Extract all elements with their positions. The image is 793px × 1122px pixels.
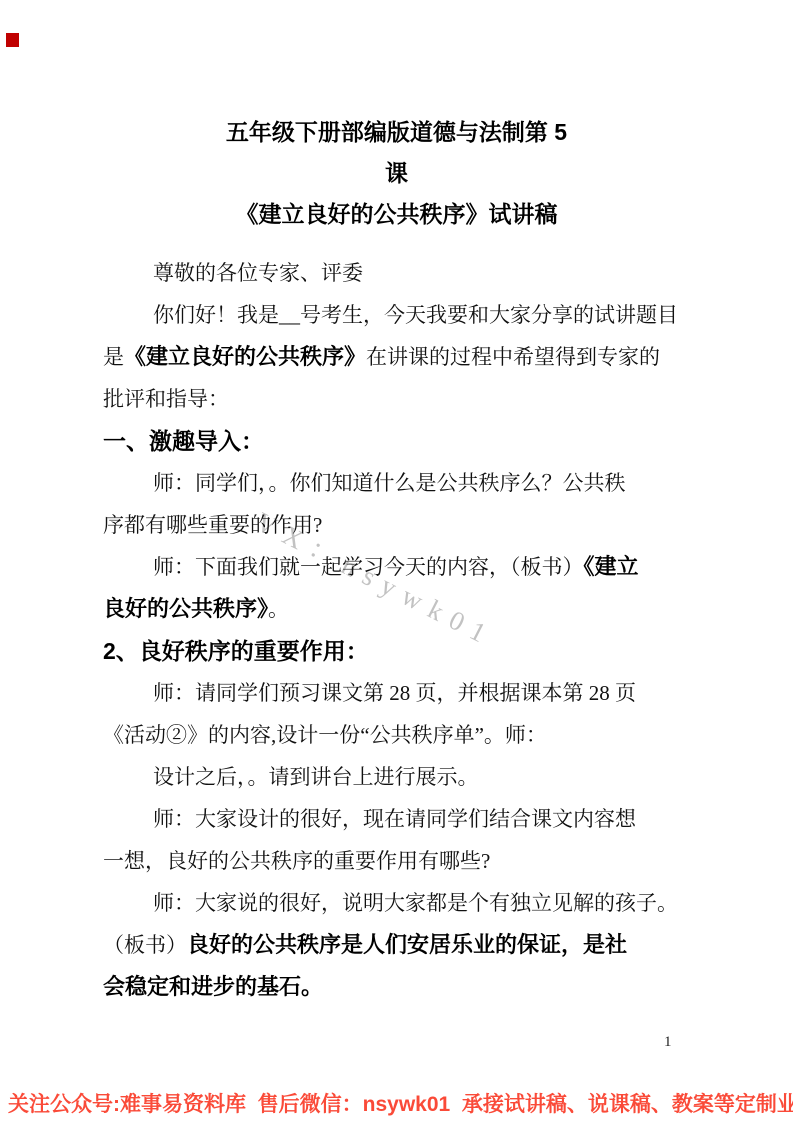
text-run: 你们好！我是__号考生，今天我要和大家分享的试讲题目	[153, 303, 678, 327]
text-run: 《活动②》的内容,设计一份“公共秩序单”。师：	[103, 723, 547, 747]
corner-red-mark	[6, 33, 19, 47]
bold-text-run: 会稳定和进步的基石。	[103, 974, 323, 999]
body-line: 师：请同学们预习课文第 28 页，并根据课本第 28 页	[103, 672, 703, 714]
body-line: 师：同学们，。你们知道什么是公共秩序么？公共秩	[103, 462, 703, 504]
body-line: 批评和指导：	[103, 378, 703, 420]
body-line: 序都有哪些重要的作用?	[103, 504, 703, 546]
bold-text-run: 《建立	[584, 554, 639, 579]
text-run: 师：大家说的很好，说明大家都是个有独立见解的孩子。	[153, 891, 678, 915]
text-run: 一想，良好的公共秩序的重要作用有哪些?	[103, 849, 490, 873]
text-run: 师：下面我们就一起学习今天的内容，（板书）	[153, 555, 584, 579]
text-run: 2、良好秩序的重要作用：	[103, 638, 369, 664]
text-run: （板书）	[103, 933, 187, 957]
footer-promo-text: 关注公众号:难事易资料库 售后微信：nsywk01 承接试讲稿、说课稿、教案等定…	[8, 1088, 793, 1118]
text-run: 一、激趣导入：	[103, 428, 264, 454]
page-number: 1	[664, 1034, 672, 1051]
text-run: 批评和指导：	[103, 387, 229, 411]
body-line: 师：大家说的很好，说明大家都是个有独立见解的孩子。	[103, 882, 703, 924]
title-line-1: 五年级下册部编版道德与法制第 5	[0, 112, 793, 153]
title-line-2: 课	[0, 153, 793, 194]
bold-text-run: 良好的公共秩序是人们安居乐业的保证，是社	[187, 932, 627, 957]
body-line: 良好的公共秩序》。	[103, 588, 703, 630]
body-line: 是《建立良好的公共秩序》在讲课的过程中希望得到专家的	[103, 336, 703, 378]
body-line: 设计之后，。请到讲台上进行展示。	[103, 756, 703, 798]
text-run: 师：同学们，。你们知道什么是公共秩序么？公共秩	[153, 471, 626, 495]
body-line: 一想，良好的公共秩序的重要作用有哪些?	[103, 840, 703, 882]
body-line: 师：大家设计的很好，现在请同学们结合课文内容想	[103, 798, 703, 840]
text-run: 是	[103, 345, 124, 369]
text-run: 设计之后，。请到讲台上进行展示。	[153, 765, 479, 789]
text-run: 在讲课的过程中希望得到专家的	[366, 345, 660, 369]
body-line: 师：下面我们就一起学习今天的内容，（板书）《建立	[103, 546, 703, 588]
body-line: 你们好！我是__号考生，今天我要和大家分享的试讲题目	[103, 294, 703, 336]
text-run: 尊敬的各位专家、评委	[153, 261, 363, 285]
body-block: 尊敬的各位专家、评委你们好！我是__号考生，今天我要和大家分享的试讲题目是《建立…	[103, 252, 703, 1008]
bold-text-run: 良好的公共秩序》	[103, 596, 268, 621]
title-block: 五年级下册部编版道德与法制第 5 课 《建立良好的公共秩序》试讲稿	[0, 112, 793, 235]
section-heading: 一、激趣导入：	[103, 420, 703, 462]
bold-text-run: 《建立良好的公共秩序》	[124, 344, 366, 369]
text-run: 师：请同学们预习课文第 28 页，并根据课本第 28 页	[153, 681, 636, 705]
text-run: 。	[268, 597, 289, 621]
body-line: （板书）良好的公共秩序是人们安居乐业的保证，是社	[103, 924, 703, 966]
body-line: 《活动②》的内容,设计一份“公共秩序单”。师：	[103, 714, 703, 756]
document-page: 五年级下册部编版道德与法制第 5 课 《建立良好的公共秩序》试讲稿 VX：nsy…	[0, 0, 793, 1122]
text-run: 师：大家设计的很好，现在请同学们结合课文内容想	[153, 807, 636, 831]
text-run: 序都有哪些重要的作用?	[103, 513, 322, 537]
body-line: 会稳定和进步的基石。	[103, 966, 703, 1008]
section-heading: 2、良好秩序的重要作用：	[103, 630, 703, 672]
body-line: 尊敬的各位专家、评委	[103, 252, 703, 294]
title-line-3: 《建立良好的公共秩序》试讲稿	[0, 194, 793, 235]
